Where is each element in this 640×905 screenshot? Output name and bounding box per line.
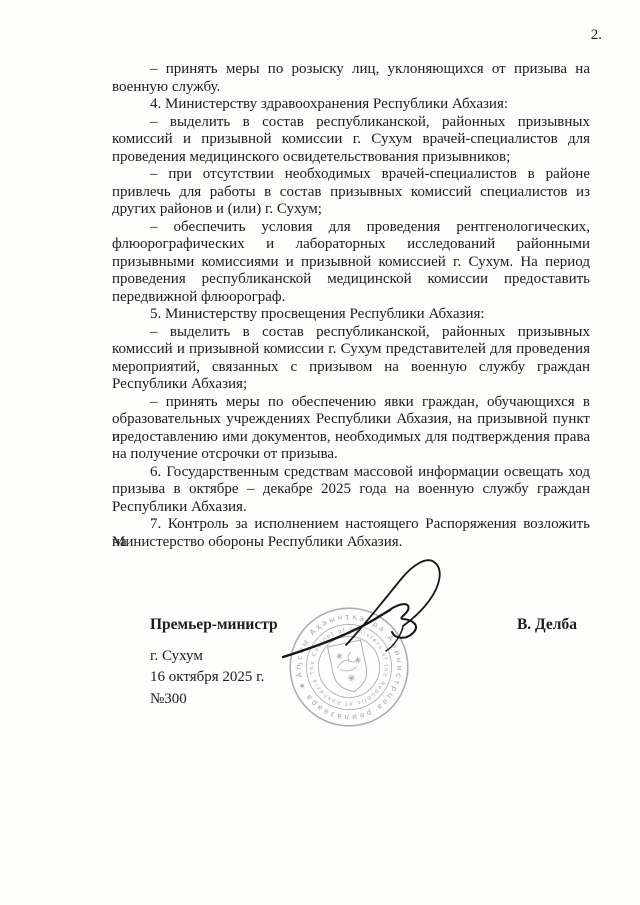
text-line: призывными комиссиями и призывной комисс… [112,254,590,272]
handwritten-signature [260,550,470,670]
text-line: образовательных учреждениях Республики А… [112,411,590,429]
text-line: проведения республиканской медицинской к… [112,271,590,289]
text-line: привлечь для работы в состав призывных к… [112,184,590,202]
text-line: – принять меры по обеспечению явки гражд… [112,394,590,412]
text-line: предоставлению ими документов, необходим… [112,429,590,447]
text-line: передвижной флюорограф. [112,289,590,307]
page-number: 2. [591,27,602,43]
document-body: – принять меры по розыску лиц, уклоняющи… [112,61,590,551]
text-line: – при отсутствии необходимых врачей-спец… [112,166,590,184]
text-line: Республики Абхазия. [112,499,590,517]
text-line: 5. Министерству просвещения Республики А… [112,306,590,324]
text-line: других районов и (или) г. Сухум; [112,201,590,219]
text-line: – выделить в состав республиканской, рай… [112,114,590,132]
text-line: Министерство обороны Республики Абхазия. [112,534,590,552]
text-line: – выделить в состав республиканской, рай… [112,324,590,342]
date-line: 16 октября 2025 г. [150,669,264,686]
text-line: 7. Контроль за исполнением настоящего Ра… [112,516,590,534]
text-line: 6. Государственным средствам массовой ин… [112,464,590,482]
text-line: призыва в октябре – декабре 2025 года на… [112,481,590,499]
text-line: – обеспечить условия для проведения рент… [112,219,590,237]
text-line: флюорографических и лабораторных исследо… [112,236,590,254]
premier-title: Премьер-министр [150,616,278,633]
text-line: 4. Министерству здравоохранения Республи… [112,96,590,114]
text-line: комиссий и призывной комиссии г. Сухум п… [112,341,590,359]
text-line: военную службу. [112,79,590,97]
text-line: Республики Абхазия; [112,376,590,394]
text-line: мероприятий, связанных с призывом на вое… [112,359,590,377]
text-line: на получение отсрочки от призыва. [112,446,590,464]
text-line: комиссий и призывной комиссии г. Сухум в… [112,131,590,149]
text-line: – принять меры по розыску лиц, уклоняющи… [112,61,590,79]
text-line: проведения медицинского освидетельствова… [112,149,590,167]
signer-name: В. Делба [517,616,577,633]
scanned-document-page: 2. – принять меры по розыску лиц, уклоня… [0,0,640,905]
doc-number-line: №300 [150,691,187,708]
place-line: г. Сухум [150,648,203,665]
